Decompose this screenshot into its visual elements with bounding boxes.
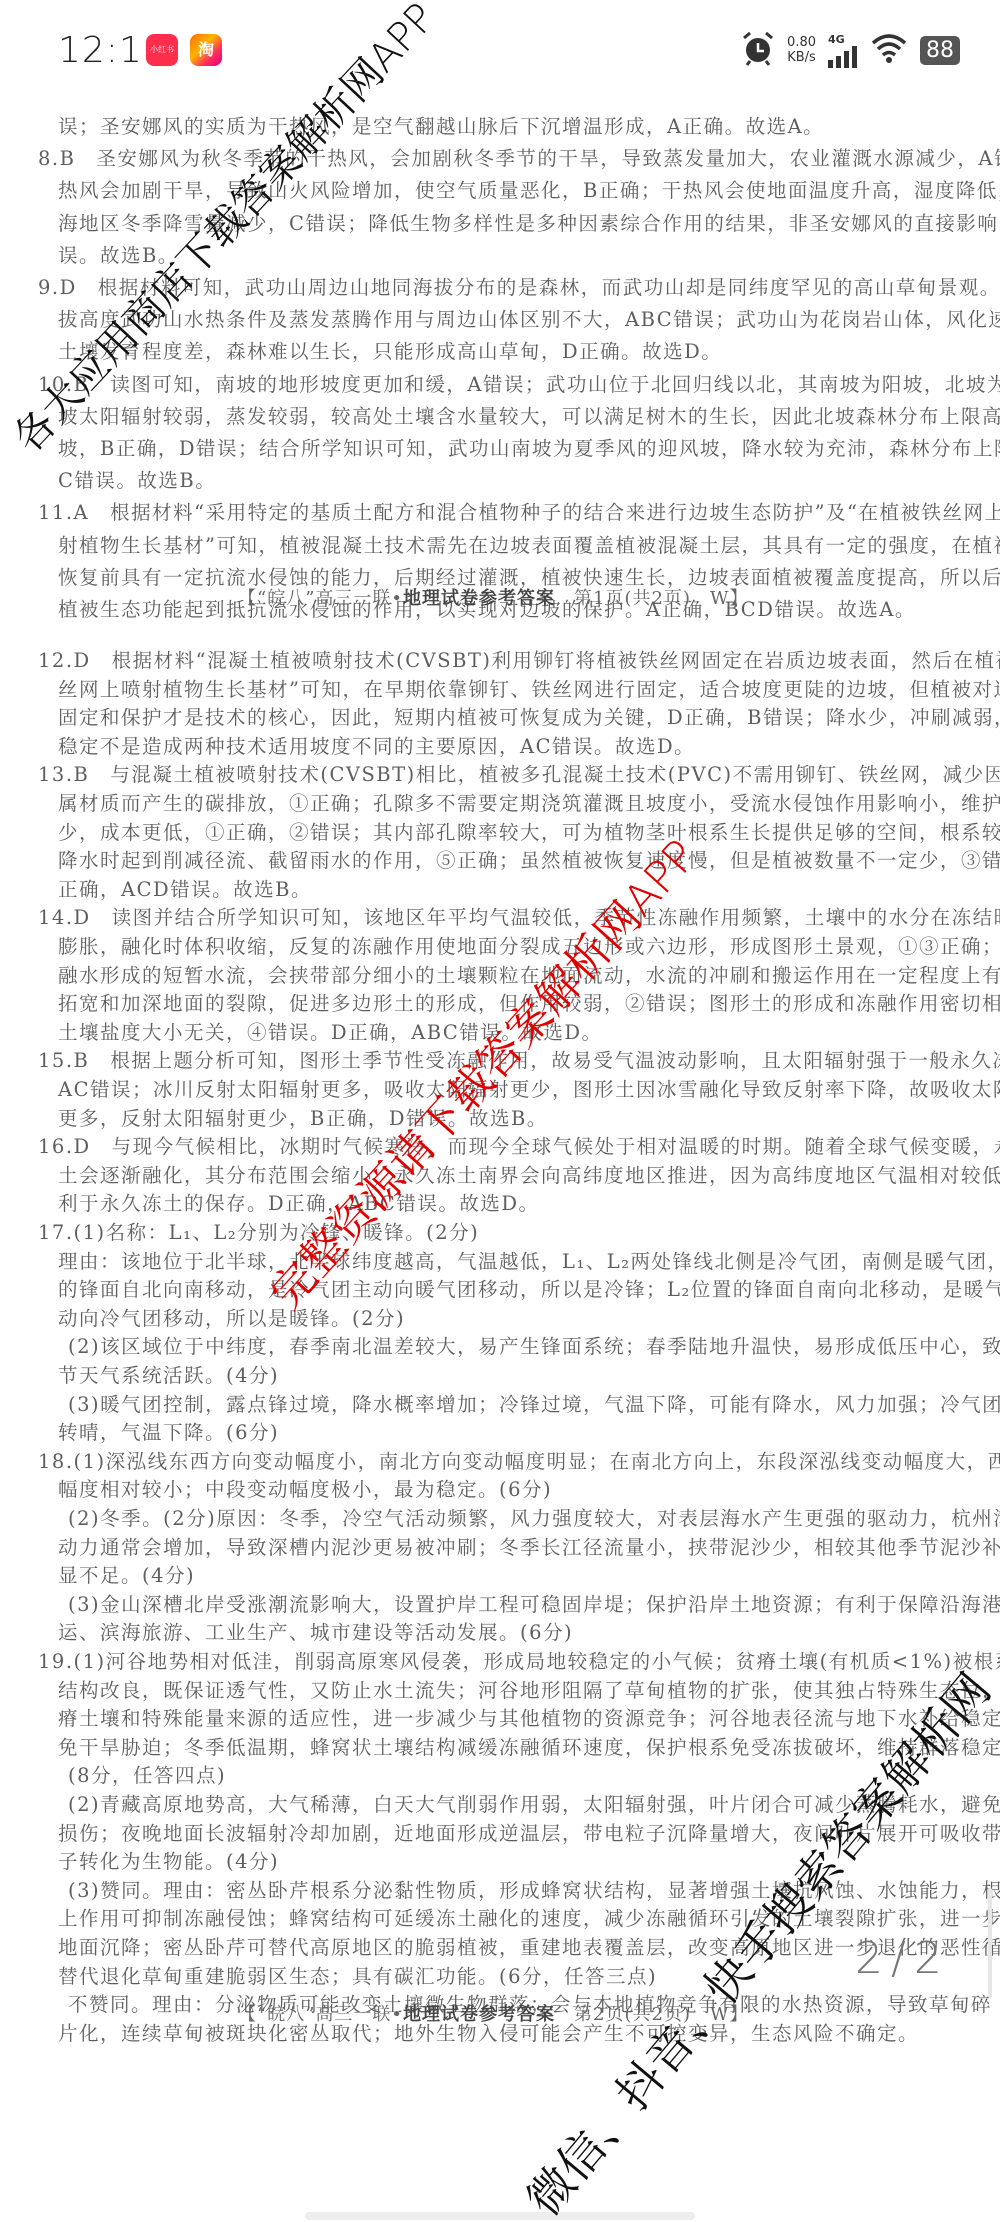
text-line: 免干旱胁迫；冬季低温期，蜂窝状土壤结构减缓冻融循环速度，保护根系免受冻拔破坏，维… xyxy=(58,1732,1000,1760)
status-bar: 12:16 小红书 淘 0.80 KB/s 4G 88 xyxy=(0,0,1000,100)
text-line: 14.D 读图并结合所学知识可知，该地区年平均气温较低，季节性冻融作用频繁，土壤… xyxy=(38,902,1000,930)
text-line: 动向冷气团移动，所以是暖锋。(2分) xyxy=(58,1303,405,1331)
text-line: 少，成本更低，①正确，②错误；其内部孔隙率较大，可为植物茎叶根系生长提供足够的空… xyxy=(58,817,1000,845)
cellular-signal-icon: 4G xyxy=(828,33,858,68)
text-line: 膨胀，融化时体积收缩，反复的冻融作用使地面分裂成五边形或六边形，形成图形土景观，… xyxy=(58,931,1000,959)
text-line: 运、滨海旅游、工业生产、城市建设等活动发展。(6分) xyxy=(58,1617,573,1645)
text-line: 10.B 读图可知，南坡的地形坡度更加和缓，A错误；武功山位于北回归线以北，其南… xyxy=(38,369,1000,397)
text-line: 拔高度武功山水热条件及蒸发蒸腾作用与周边山体区别不大，ABC错误；武功山为花岗岩… xyxy=(58,304,1000,332)
text-line: AC错误；冰川反射太阳辐射更多，吸收太阳辐射更少，图形土因冰雪融化导致反射率下降… xyxy=(58,1074,1000,1102)
text-line: (3)金山深槽北岸受涨潮流影响大，设置护岸工程可稳固岸堤；保护沿岸土地资源；有利… xyxy=(68,1589,1000,1617)
text-line: 坡太阳辐射较弱，蒸发较弱，较高处土壤含水量较大，可以满足树木的生长，因此北坡森林… xyxy=(58,401,1000,429)
xiaohongshu-app-icon: 小红书 xyxy=(146,34,178,66)
text-line: 固定和保护才是技术的核心，因此，短期内植被可恢复成为关键，D正确，B错误；降水少… xyxy=(58,702,1000,730)
text-line: 18.(1)深泓线东西方向变动幅度小，南北方向变动幅度明显；在南北方向上，东段深… xyxy=(38,1446,1000,1474)
page-indicator: 2/2 xyxy=(855,1933,950,1984)
alarm-icon xyxy=(741,30,775,70)
text-line: 上作用可抑制冻融侵蚀；蜂窝结构可延缓冻土融化的速度，减少冻融循环引发的土壤裂隙扩… xyxy=(58,1903,1000,1931)
text-line: 瘠土壤和特殊能量来源的适应性，进一步减少与其他植物的资源竞争；河谷地表径流与地下… xyxy=(58,1703,1000,1731)
text-line: 土会逐渐融化，其分布范围会缩小，永久冻土南界会向高纬度地区推进，因为高纬度地区气… xyxy=(58,1160,1000,1188)
text-line: 误；圣安娜风的实质为干热风，是空气翻越山脉后下沉增温形成，A正确。故选A。 xyxy=(58,111,824,139)
network-speed: 0.80 KB/s xyxy=(787,35,816,65)
text-line: 显不足。(4分) xyxy=(58,1560,195,1588)
text-line: (2)该区域位于中纬度，春季南北温差较大，易产生锋面系统；春季陆地升温快，易形成… xyxy=(68,1331,1000,1359)
text-line: (3)赞同。理由：密丛卧芹根系分泌黏性物质，形成蜂窝状结构，显著增强土壤抗风蚀、… xyxy=(68,1875,1000,1903)
text-line: (2)冬季。(2分)原因：冬季，冷空气活动频繁，风力强度较大，对表层海水产生更强… xyxy=(68,1503,1000,1531)
text-line: 节天气系统活跃。(4分) xyxy=(58,1360,279,1388)
text-line: 19.(1)河谷地势相对低洼，削弱高原寒风侵袭，形成局地较稳定的小气候；贫瘠土壤… xyxy=(38,1646,1000,1674)
wifi-icon xyxy=(870,31,908,69)
text-line: 12.D 根据材料“混凝土植被喷射技术(CVSBT)利用铆钉将植被铁丝网固定在岩… xyxy=(38,645,1000,673)
battery-indicator: 88 xyxy=(920,36,960,65)
text-line: 利于永久冻土的保存。D正确，ABC错误。故选D。 xyxy=(58,1188,539,1216)
text-line: 子转化为生物能。(4分) xyxy=(58,1846,279,1874)
text-line: 转晴，气温下降。(6分) xyxy=(58,1417,279,1445)
text-line: 坡，B正确，D错误；结合所学知识可知，武功山南坡为夏季风的迎风坡，降水较为充沛，… xyxy=(58,433,1000,461)
text-line: 17.(1)名称：L₁、L₂分别为冷锋、暖锋。(2分) xyxy=(38,1217,479,1245)
text-line: (8分，任答四点) xyxy=(68,1760,226,1788)
text-line: 属材质而产生的碳排放，①正确；孔隙多不需要定期浇筑灌溉且坡度小，受流水侵蚀作用影… xyxy=(58,788,1000,816)
scrollbar[interactable] xyxy=(988,1888,992,1998)
text-line: 13.B 与混凝土植被喷射技术(CVSBT)相比，植被多孔混凝土技术(PVC)不… xyxy=(38,759,1000,787)
page-1-footer: 【“皖八”高三一联•地理试卷参考答案 第1页(共2页) W】 xyxy=(238,584,748,610)
text-line: 替代退化草甸重建脆弱区生态；具有碳汇功能。(6分，任答三点) xyxy=(58,1961,657,1989)
text-line: 8.B 圣安娜风为秋冬季节的干热风，会加剧秋冬季节的干旱，导致蒸发量加大，农业灌… xyxy=(38,143,1000,171)
text-line: 稳定不是造成两种技术适用坡度不同的主要原因，AC错误。故选D。 xyxy=(58,731,695,759)
text-line: 动力通常会增加，导致深槽内泥沙更易被冲刷；冬季长江径流量小，挟带泥沙少，相较其他… xyxy=(58,1532,1000,1560)
text-line: 正确，ACD错误。故选B。 xyxy=(58,874,312,902)
text-line: 11.A 根据材料“采用特定的基质土配方和混合植物种子的结合来进行边坡生态防护”… xyxy=(38,497,1000,525)
text-line: 射植物生长基材”可知，植被混凝土技术需先在边坡表面覆盖植被混凝土层，其具有一定的… xyxy=(58,530,1000,558)
text-line: 理由：该地位于北半球，北半球纬度越高，气温越低，L₁、L₂两处锋线北侧是冷气团，… xyxy=(58,1246,1000,1274)
text-line: 降水时起到削减径流、截留雨水的作用，⑤正确；虽然植被恢复速度慢，但是植被数量不一… xyxy=(58,845,1000,873)
taobao-app-icon: 淘 xyxy=(190,34,222,66)
status-icons: 0.80 KB/s 4G 88 xyxy=(741,28,960,72)
text-line: C错误。故选B。 xyxy=(58,465,216,493)
text-line: 热风会加剧干旱，导致山火风险增加，使空气质量恶化，B正确；干热风会使地面温度升高… xyxy=(58,175,1000,203)
text-line: 16.D 与现今气候相比，冰期时气候寒冷，而现今全球气候处于相对温暖的时期。随着… xyxy=(38,1131,1000,1159)
text-line: (3)暖气团控制，露点锋过境，降水概率增加；冷锋过境，气温下降，可能有降水，风力… xyxy=(68,1389,1000,1417)
text-line: 的锋面自北向南移动，是冷气团主动向暖气团移动，所以是冷锋；L₂位置的锋面自南向北… xyxy=(58,1274,1000,1302)
text-line: 结构改良，既保证透气性，又防止水土流失；河谷地形阻隔了草甸植物的扩张，使其独占特… xyxy=(58,1675,1000,1703)
text-line: 丝网上喷射植物生长基材”可知，在早期依靠铆钉、铁丝网进行固定，适合坡度更陡的边坡… xyxy=(58,674,1000,702)
text-line: 幅度相对较小；中段变动幅度极小，最为稳定。(6分) xyxy=(58,1474,552,1502)
text-line: 土壤发育程度差，森林难以生长，只能形成高山草甸，D正确。故选D。 xyxy=(58,336,722,364)
home-indicator[interactable] xyxy=(305,2212,695,2220)
